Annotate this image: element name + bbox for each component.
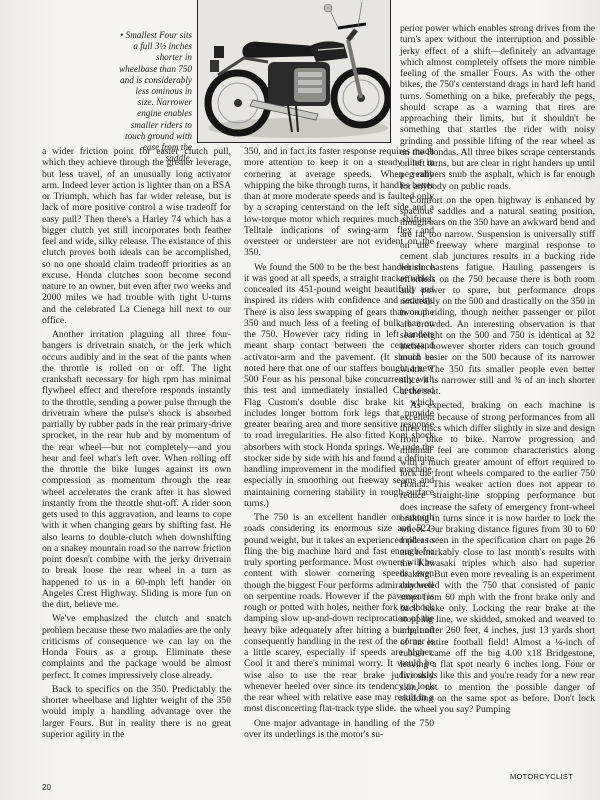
photo-caption: • Smallest Four sits a full 3½ inches sh… bbox=[118, 30, 192, 164]
caption-bullet: • bbox=[120, 30, 123, 40]
paragraph: One major advantage in handling of the 7… bbox=[244, 718, 434, 741]
page-number: 20 bbox=[42, 783, 51, 792]
magazine-name: MOTORCYCLIST bbox=[510, 772, 573, 781]
paragraph: perior power which enables strong drives… bbox=[400, 23, 595, 192]
paragraph: As expected, braking on each machine is … bbox=[400, 400, 595, 715]
paragraph: a wider friction point for easier clutch… bbox=[42, 146, 231, 326]
paragraph: Another irritation plaguing all three fo… bbox=[42, 329, 231, 610]
motorcycle-photo bbox=[197, 0, 391, 143]
text-column-3: perior power which enables strong drives… bbox=[400, 23, 595, 718]
paragraph: We've emphasized the clutch and snatch p… bbox=[42, 613, 231, 681]
paragraph: Comfort on the open highway is enhanced … bbox=[400, 195, 595, 398]
text-column-1: a wider friction point for easier clutch… bbox=[42, 146, 231, 743]
magazine-page: • Smallest Four sits a full 3½ inches sh… bbox=[0, 0, 600, 800]
paragraph: Back to specifics on the 350. Predictabl… bbox=[42, 684, 231, 740]
motorcycle-illustration bbox=[198, 0, 390, 142]
caption-text: Smallest Four sits a full 3½ inches shor… bbox=[119, 30, 192, 163]
